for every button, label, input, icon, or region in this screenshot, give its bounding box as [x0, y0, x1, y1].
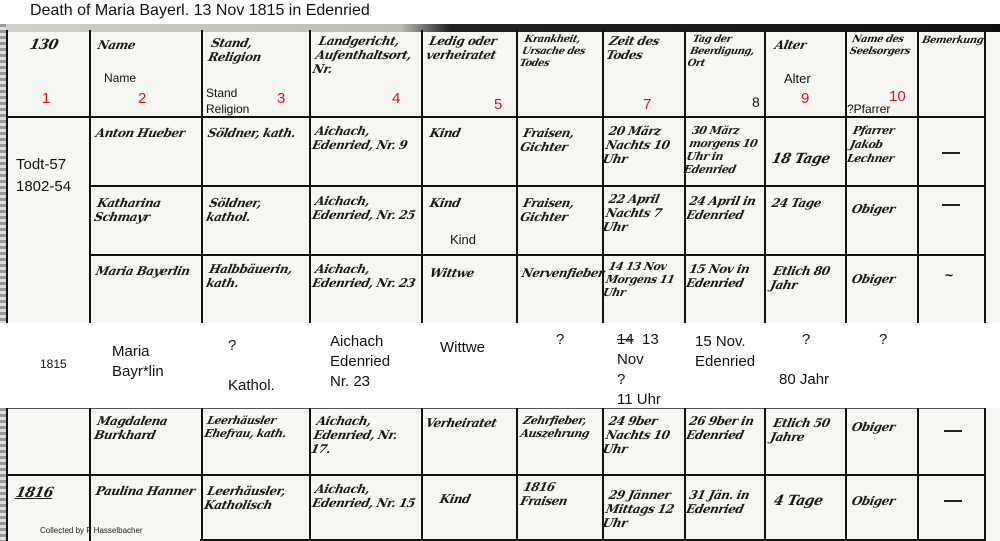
row1-ledig: Kind: [429, 126, 462, 140]
corrected-day: 13: [642, 331, 659, 348]
row2-ledig: Kind: [429, 196, 462, 210]
row3-seelsorger: Obiger: [851, 272, 897, 286]
row3-bemerkung: ~: [943, 268, 956, 282]
rowA-ort: Aichach, Edenried, Nr. 17.: [310, 414, 423, 456]
rowB-beerdigung: 31 Jän. in Edenried: [685, 488, 767, 516]
transcription-ort-line3: Nr. 23: [330, 372, 370, 392]
side-note-line2: 1802-54: [16, 176, 71, 198]
grid-line: [6, 30, 8, 323]
row3-zeit: 14 13 Nov Morgens 11 Uhr: [602, 260, 686, 299]
row3-stand: Halbbäuerin, kath.: [205, 262, 307, 290]
grid-line: [6, 408, 986, 409]
column-number-7: 7: [643, 96, 651, 113]
header-col-10: Name des Seelsorgers: [848, 34, 917, 58]
row2-beerdigung: 24 April in Edenried: [685, 194, 767, 222]
transcription-krankheit-unknown: ?: [556, 330, 564, 350]
row2-stand: Söldner, kathol.: [205, 196, 307, 224]
rowB-stand: Leerhäusler, Katholisch: [203, 484, 309, 512]
transcription-religion: Kathol.: [228, 376, 275, 396]
row3-krankheit: Nervenfieber: [521, 266, 602, 280]
transcription-zeit-day: 14 13: [617, 330, 659, 350]
transcription-zeit-unknown: ?: [617, 370, 625, 390]
transcription-alter: 80 Jahr: [779, 370, 829, 390]
row1-ort: Aichach, Edenried, Nr. 9: [311, 124, 421, 152]
transcription-name-line1: Maria: [112, 342, 150, 362]
column-number-9: 9: [801, 90, 809, 107]
grid-line: [89, 185, 986, 187]
rowA-ledig: Verheiratet: [425, 416, 516, 430]
row1-name: Anton Hueber: [95, 126, 198, 140]
header-col-11: Bemerkung: [921, 34, 984, 48]
transcription-stand-unknown: ?: [228, 336, 236, 356]
grid-line: [421, 30, 423, 323]
rowA-beerdigung: 26 9ber in Edenried: [685, 414, 767, 442]
header-col-4: Landgericht, Aufenthaltsort, Nr.: [312, 34, 421, 76]
row1-stand: Söldner, kath.: [207, 126, 306, 140]
column-number-1: 1: [42, 90, 50, 107]
label-name: Name: [104, 71, 136, 86]
transcription-zeit-month: Nov: [617, 350, 644, 370]
header-col-9: Alter: [774, 38, 808, 52]
side-note-line1: Todt-57: [16, 154, 66, 176]
rowB-year: 1816: [15, 486, 55, 500]
grid-line: [516, 30, 518, 323]
header-col-5: Ledig oder verheiratet: [425, 34, 516, 62]
row1-krankheit: Fraisen, Gichter: [519, 126, 603, 154]
row1-zeit: 20 März Nachts 10 Uhr: [602, 124, 687, 166]
row1-alter: 18 Tage: [771, 152, 832, 166]
rowA-stand: Leerhäusler Ehefrau, kath.: [203, 414, 309, 440]
column-number-4: 4: [392, 90, 400, 107]
row2-seelsorger: Obiger: [851, 202, 897, 216]
header-col-3: Stand, Religion: [207, 36, 303, 64]
grid-line: [845, 30, 847, 323]
rowB-ort: Aichach, Edenried, Nr. 15: [311, 482, 421, 510]
document-title: Death of Maria Bayerl. 13 Nov 1815 in Ed…: [30, 2, 370, 20]
transcription-zeit-hour: 11 Uhr: [617, 390, 661, 410]
row3-name: Maria Bayerlin: [95, 264, 198, 278]
column-number-5: 5: [494, 96, 502, 113]
header-col-2: Name: [97, 38, 137, 52]
rowB-name: Paulina Hanner: [95, 484, 198, 498]
row2-alter: 24 Tage: [771, 196, 844, 210]
grid-line: [764, 30, 766, 323]
rowA-name: Magdalena Burkhard: [93, 414, 199, 442]
rowB-seelsorger: Obiger: [851, 494, 897, 508]
rowA-krankheit: Zehrfieber, Auszehrung: [519, 414, 603, 440]
transcription-beerdigung-line1: 15 Nov.: [695, 332, 746, 352]
row1-seelsorger: Pfarrer Jakob Lechner: [846, 124, 921, 166]
row3-beerdigung: 15 Nov in Edenried: [685, 262, 767, 290]
grid-line: [917, 30, 919, 323]
grid-line: [6, 474, 986, 476]
label-pfarrer: ?Pfarrer: [847, 102, 890, 117]
row2-ledig-annotation: Kind: [450, 232, 476, 247]
label-alter: Alter: [784, 71, 811, 86]
transcription-ort-line1: Aichach: [330, 332, 383, 352]
page-number: 130: [29, 38, 60, 52]
rowA-bemerkung-dash: [944, 430, 962, 432]
rowA-alter: Etlich 50 Jahre: [769, 416, 845, 444]
row2-name: Katharina Schmayr: [93, 196, 199, 224]
rowB-ledig: Kind: [439, 492, 472, 506]
row3-ledig: Wittwe: [429, 266, 476, 280]
register-scan-upper: 130 Name Stand, Religion Landgericht, Au…: [0, 24, 1000, 323]
grid-line: [684, 30, 686, 323]
row1-beerdigung: 30 März morgens 10 Uhr in Edenried: [682, 124, 769, 176]
transcription-beerdigung-line2: Edenried: [695, 352, 755, 372]
label-col-8: 8: [752, 95, 760, 110]
struck-day: 14: [617, 331, 634, 348]
header-col-8: Tag der Beerdigung, Ort: [686, 34, 766, 70]
rowB-alter: 4 Tage: [773, 494, 824, 508]
rowA-zeit: 24 9ber Nachts 10 Uhr: [602, 414, 687, 456]
column-number-10: 10: [889, 88, 906, 105]
credit-text: Collected by P Hasselbacher: [40, 526, 143, 535]
transcription-ledig: Wittwe: [440, 338, 485, 358]
column-number-3: 3: [277, 90, 285, 107]
label-stand: Stand: [206, 86, 237, 101]
row3-alter: Etlich 80 Jahr: [769, 264, 845, 292]
row1-bemerkung-dash: [942, 152, 960, 154]
column-number-2: 2: [138, 90, 146, 107]
grid-line: [201, 30, 203, 323]
row2-krankheit: Fraisen, Gichter: [519, 196, 603, 224]
grid-line: [984, 30, 986, 323]
rowB-krankheit: 1816 Fraisen: [519, 480, 603, 508]
rowB-bemerkung-dash: [944, 500, 962, 502]
grid-line: [89, 30, 91, 323]
grid-line: [89, 254, 986, 256]
register-scan-lower: Magdalena Burkhard Leerhäusler Ehefrau, …: [0, 408, 1000, 541]
transcription-year: 1815: [40, 354, 67, 374]
label-religion: Religion: [206, 102, 249, 117]
grid-line: [6, 116, 986, 118]
rowA-seelsorger: Obiger: [851, 420, 897, 434]
header-col-6: Krankheit, Ursache des Todes: [518, 34, 604, 70]
page-edge: [0, 24, 1000, 32]
row3-ort: Aichach, Edenried, Nr. 23: [311, 262, 421, 290]
row2-zeit: 22 April Nachts 7 Uhr: [602, 192, 687, 234]
row2-ort: Aichach, Edenried, Nr. 25: [311, 194, 421, 222]
transcription-seelsorger-unknown: ?: [879, 330, 887, 350]
header-col-7: Zeit des Todes: [605, 34, 685, 62]
transcription-name-line2: Bayr*lin: [112, 362, 164, 382]
transcription-ort-line2: Edenried: [330, 352, 390, 372]
transcription-alter-unknown: ?: [802, 330, 810, 350]
row2-bemerkung-dash: [942, 204, 960, 206]
rowB-zeit: 29 Jänner Mittags 12 Uhr: [602, 488, 687, 530]
grid-line: [309, 30, 311, 323]
